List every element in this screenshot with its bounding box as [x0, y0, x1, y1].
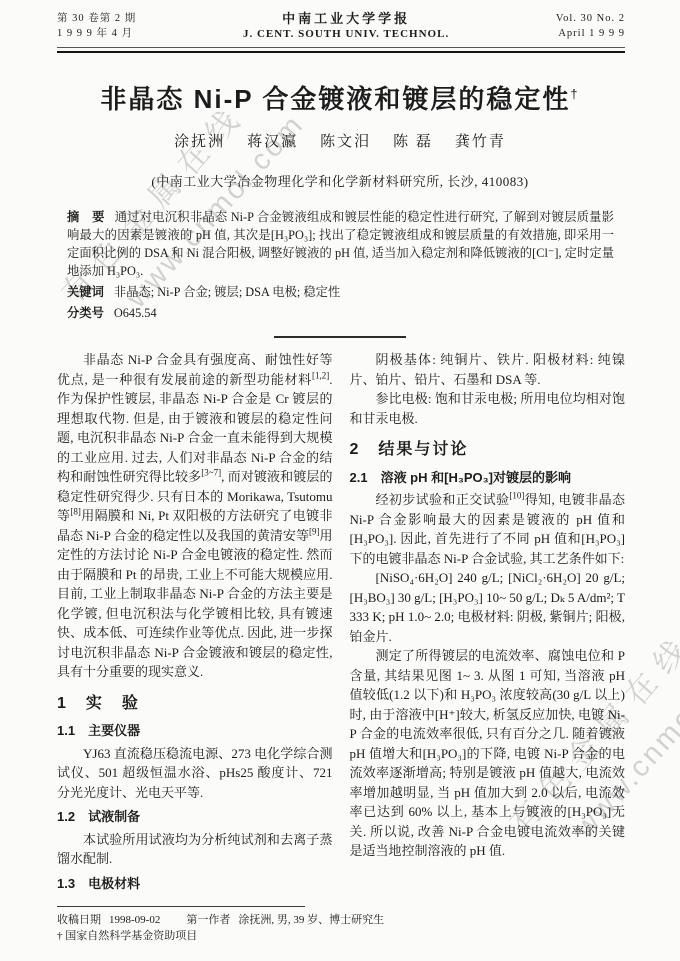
- paper-title-text: 非晶态 Ni-P 合金镀液和镀层的稳定性: [100, 84, 570, 114]
- header-volume-info: Vol. 30 No. 2 April 1 9 9 9: [556, 11, 625, 41]
- footnote-rule: [57, 906, 305, 907]
- section-1-1-heading: 1.1 主要仪器: [57, 721, 333, 741]
- footnote-block: 收稿日期1998-09-02第一作者涂抚洲, 男, 39 岁、博士研究生 † 国…: [0, 896, 680, 944]
- abstract-label: 摘 要: [67, 210, 105, 224]
- keywords-text: 非晶态; Ni-P 合金; 镀层; DSA 电极; 稳定性: [114, 285, 340, 299]
- abstract-block: 摘 要通过对电沉积非晶态 Ni-P 合金镀液组成和镀层性能的稳定性进行研究, 了…: [67, 208, 614, 322]
- footnote-line-1: 收稿日期1998-09-02第一作者涂抚洲, 男, 39 岁、博士研究生: [57, 912, 680, 928]
- journal-name-block: 中南工业大学学报 J. CENT. SOUTH UNIV. TECHNOL.: [243, 11, 449, 42]
- bath-conditions-paragraph: [NiSO₄·6H₂O] 240 g/L; [NiCl₂·6H₂O] 20 g/…: [350, 568, 626, 646]
- abstract-paragraph: 摘 要通过对电沉积非晶态 Ni-P 合金镀液组成和镀层性能的稳定性进行研究, 了…: [67, 208, 614, 280]
- issue-date-en: April 1 9 9 9: [556, 26, 625, 41]
- author-name: 陈文汨: [320, 134, 371, 150]
- section-1-2-heading: 1.2 试液制备: [57, 807, 333, 827]
- title-dagger-mark: †: [570, 86, 579, 101]
- article-body: 非晶态 Ni-P 合金具有强度高、耐蚀性好等优点, 是一种很有发展前途的新型功能…: [0, 350, 680, 896]
- header-issue-info: 第 30 卷第 2 期 1 9 9 9 年 4 月: [57, 11, 136, 41]
- received-date: 1998-09-02: [109, 914, 160, 926]
- issue-date-cn: 1 9 9 9 年 4 月: [57, 26, 136, 41]
- experiment-design-paragraph: 经初步试验和正交试验[10]得知, 电镀非晶态 Ni-P 合金影响最大的因素是镀…: [350, 490, 626, 568]
- volume-number-en: Vol. 30 No. 2: [556, 11, 625, 26]
- instruments-paragraph: YJ63 直流稳压稳流电源、273 电化学综合测试仪、501 超级恒温水浴、pH…: [57, 744, 333, 803]
- clc-line: 分类号O645.54: [67, 304, 614, 322]
- affiliation: (中南工业大学冶金物理化学和化学新材料研究所, 长沙, 410083): [0, 171, 680, 190]
- reference-superscript: [10]: [509, 491, 524, 501]
- clc-label: 分类号: [67, 306, 104, 320]
- author-name: 龚竹青: [455, 134, 506, 150]
- reference-superscript: [8]: [70, 507, 81, 517]
- first-author-label: 第一作者: [186, 914, 230, 926]
- text-run: 用隔膜和 Ni, Pt 双阳极的方法研究了电镀非晶态 Ni-P 合金的稳定性以及…: [57, 508, 333, 543]
- reference-superscript: [1,2]: [312, 370, 329, 380]
- author-name: 蒋汉瀛: [247, 134, 298, 150]
- solution-prep-paragraph: 本试验所用试液均为分析纯试剂和去离子蒸馏水配制.: [57, 830, 333, 869]
- reference-superscript: [3~7]: [201, 468, 221, 478]
- electrode-materials-paragraph: 阴极基体: 纯铜片、铁片. 阳极材料: 纯镍片、铂片、铅片、石墨和 DSA 等.: [350, 350, 626, 389]
- journal-header: 第 30 卷第 2 期 1 9 9 9 年 4 月 中南工业大学学报 J. CE…: [0, 0, 680, 42]
- section-1-3-heading: 1.3 电极材料: [57, 874, 333, 894]
- text-run: 非晶态 Ni-P 合金具有强度高、耐蚀性好等优点, 是一种很有发展前途的新型功能…: [57, 352, 333, 387]
- right-column: 阴极基体: 纯铜片、铁片. 阳极材料: 纯镍片、铂片、铅片、石墨和 DSA 等.…: [350, 350, 626, 896]
- section-2-heading: 2 结果与讨论: [350, 440, 626, 460]
- paper-title: 非晶态 Ni-P 合金镀液和镀层的稳定性†: [0, 79, 680, 116]
- abstract-body-separator-rule: [274, 336, 406, 338]
- header-divider-rule: [57, 47, 625, 53]
- reference-electrode-paragraph: 参比电极: 饱和甘汞电极; 所用电位均相对饱和甘汞电极.: [350, 389, 626, 428]
- fund-note: † 国家自然科学基金资助项目: [57, 928, 680, 944]
- journal-page: 有色金属在线 www.cnmol.com 有色金属在线 www.cnmol.co…: [0, 0, 680, 961]
- abstract-text: 通过对电沉积非晶态 Ni-P 合金镀液组成和镀层性能的稳定性进行研究, 了解到对…: [67, 210, 614, 278]
- keywords-line: 关键词非晶态; Ni-P 合金; 镀层; DSA 电极; 稳定性: [67, 283, 614, 301]
- text-run: . 作为保护性镀层, 非晶态 Ni-P 合金是 Cr 镀层的理想取代物. 但是,…: [57, 372, 333, 485]
- keywords-label: 关键词: [67, 285, 104, 299]
- volume-issue-label: 第 30 卷第 2 期: [57, 11, 136, 26]
- intro-paragraph: 非晶态 Ni-P 合金具有强度高、耐蚀性好等优点, 是一种很有发展前途的新型功能…: [57, 350, 333, 682]
- author-list: 涂抚洲蒋汉瀛陈文汨陈 磊龚竹青: [0, 130, 680, 151]
- journal-name-chinese: 中南工业大学学报: [243, 11, 449, 27]
- section-2-1-heading: 2.1 溶液 pH 和[H₃PO₃]对镀层的影响: [350, 468, 626, 488]
- author-name: 涂抚洲: [174, 134, 225, 150]
- text-run: 用定性的方法讨论 Ni-P 合金电镀液的稳定性. 然而由于隔膜和 Pt 的昂贵,…: [57, 528, 333, 680]
- left-column: 非晶态 Ni-P 合金具有强度高、耐蚀性好等优点, 是一种很有发展前途的新型功能…: [57, 350, 333, 896]
- journal-name-english: J. CENT. SOUTH UNIV. TECHNOL.: [243, 27, 449, 42]
- reference-superscript: [9]: [309, 526, 320, 536]
- received-date-label: 收稿日期: [57, 914, 101, 926]
- author-name: 陈 磊: [393, 134, 433, 150]
- section-1-heading: 1 实 验: [57, 694, 333, 714]
- text-run: 经初步试验和正交试验: [376, 492, 510, 507]
- clc-number: O645.54: [114, 306, 157, 320]
- results-discussion-paragraph: 测定了所得镀层的电流效率、腐蚀电位和 P 含量, 其结果见图 1~ 3. 从图 …: [350, 646, 626, 861]
- first-author-info: 涂抚洲, 男, 39 岁、博士研究生: [238, 914, 384, 926]
